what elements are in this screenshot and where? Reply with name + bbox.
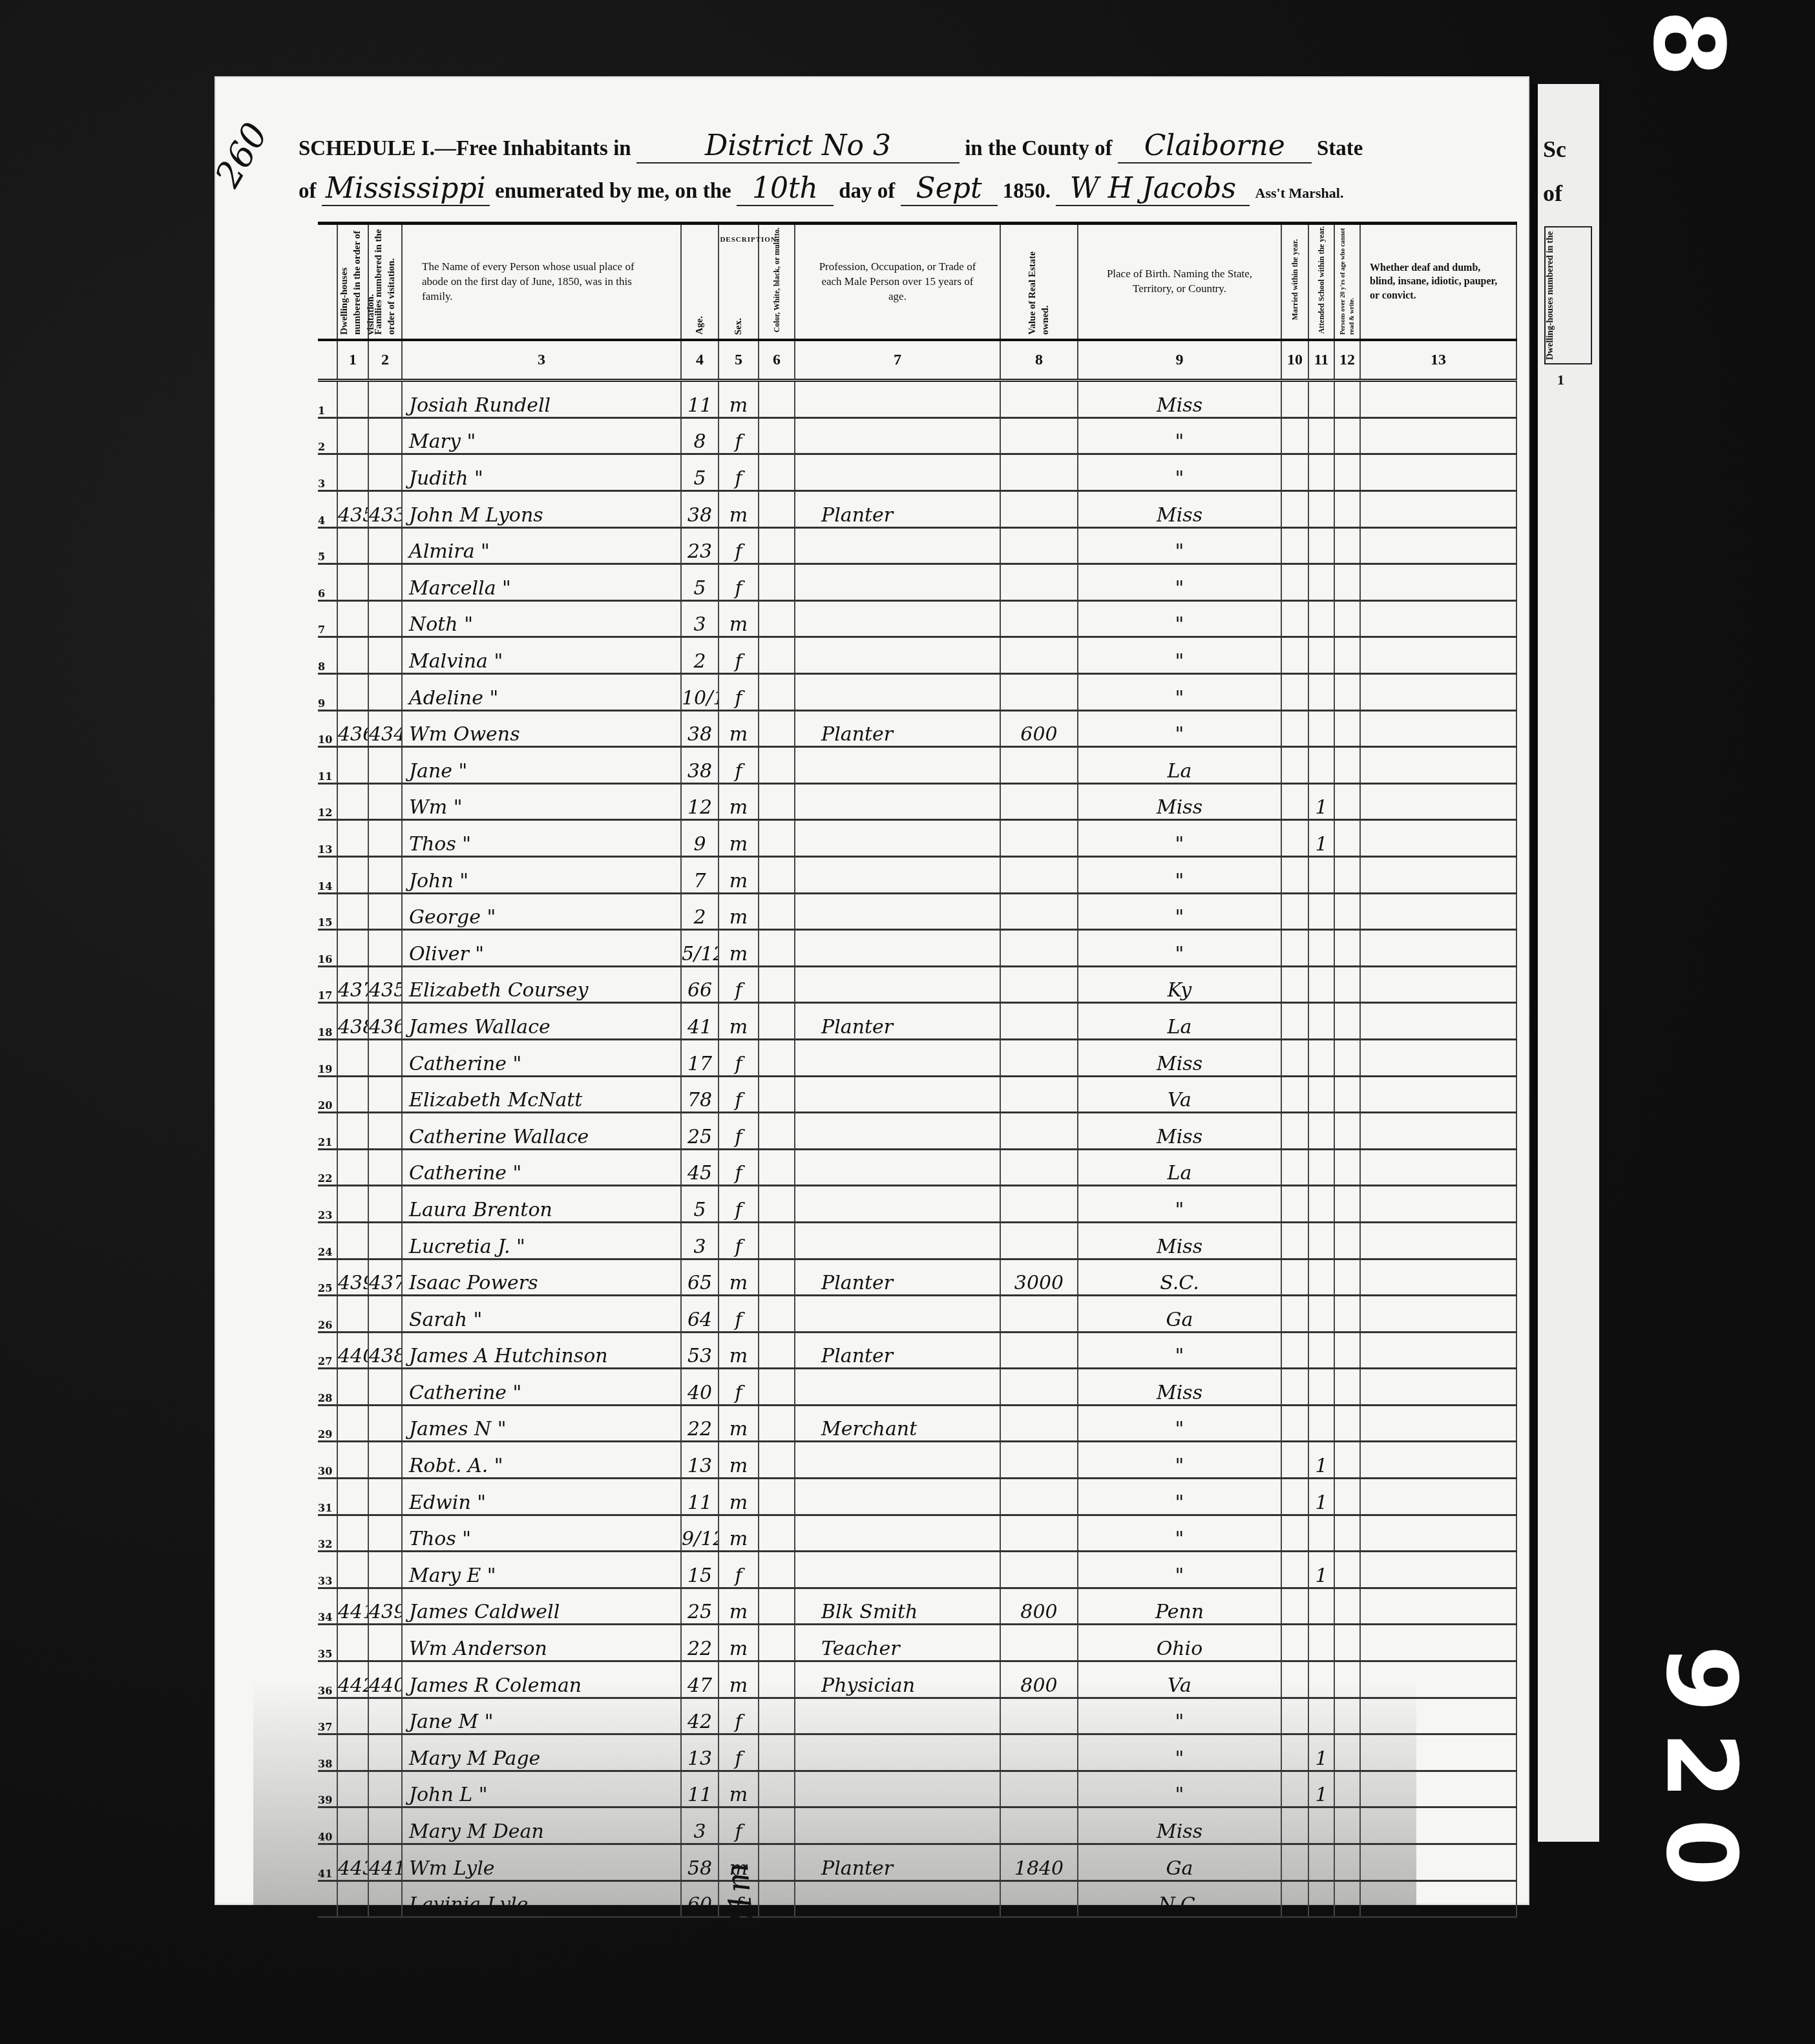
table-row: 26Sarah "64fGa	[318, 1296, 1516, 1333]
color	[759, 893, 795, 930]
real-estate-value	[1000, 1698, 1078, 1734]
married-within-year	[1281, 1844, 1308, 1881]
col-num: 6	[759, 340, 795, 381]
line-number: 7	[318, 600, 337, 637]
color	[759, 1076, 795, 1113]
table-row: 14John "7m"	[318, 856, 1516, 893]
attended-school	[1308, 1844, 1334, 1881]
person-name: Elizabeth McNatt	[402, 1076, 681, 1113]
age: 78	[681, 1076, 719, 1113]
attended-school	[1308, 600, 1334, 637]
birthplace: La	[1078, 1149, 1281, 1186]
occupation: Planter	[795, 1259, 1000, 1296]
birthplace: Ohio	[1078, 1625, 1281, 1661]
col-header-real-estate: Value of Real Estate owned.	[1000, 224, 1078, 341]
cannot-read-write	[1334, 1296, 1360, 1333]
dwelling-number	[337, 1442, 368, 1479]
condition	[1360, 1259, 1516, 1296]
line-number: 26	[318, 1296, 337, 1333]
family-number	[368, 1881, 402, 1917]
married-within-year	[1281, 1149, 1308, 1186]
age: 9/12	[681, 1515, 719, 1552]
color	[759, 1625, 795, 1661]
month-field: Sept	[901, 172, 998, 206]
occupation: Planter	[795, 1332, 1000, 1369]
age: 9	[681, 820, 719, 857]
table-row: 15George "2m"	[318, 893, 1516, 930]
dwelling-number	[337, 893, 368, 930]
birthplace: S.C.	[1078, 1259, 1281, 1296]
real-estate-value	[1000, 1222, 1078, 1259]
condition	[1360, 1515, 1516, 1552]
cannot-read-write	[1334, 1881, 1360, 1917]
line-number: 23	[318, 1186, 337, 1223]
family-number	[368, 1369, 402, 1406]
person-name: John "	[402, 856, 681, 893]
occupation	[795, 1734, 1000, 1771]
real-estate-value	[1000, 1881, 1078, 1917]
married-within-year	[1281, 527, 1308, 564]
table-row: 39John L "11m"1	[318, 1771, 1516, 1807]
age: 66	[681, 966, 719, 1003]
person-name: Mary M Page	[402, 1734, 681, 1771]
sex: f	[719, 527, 759, 564]
attended-school: 1	[1308, 783, 1334, 820]
real-estate-value	[1000, 527, 1078, 564]
dwelling-number: 438	[337, 1003, 368, 1040]
attended-school: 1	[1308, 1734, 1334, 1771]
line-number: 27	[318, 1332, 337, 1369]
birthplace: Va	[1078, 1661, 1281, 1698]
dwelling-number	[337, 1113, 368, 1150]
color	[759, 1844, 795, 1881]
condition	[1360, 564, 1516, 601]
birthplace: "	[1078, 1186, 1281, 1223]
cannot-read-write	[1334, 381, 1360, 418]
age: 10/12	[681, 674, 719, 711]
census-page: 260 SCHEDULE I.—Free Inhabitants in Dist…	[215, 76, 1529, 1905]
attended-school	[1308, 1003, 1334, 1040]
family-number	[368, 527, 402, 564]
birthplace: "	[1078, 1552, 1281, 1588]
line-number: 41	[318, 1844, 337, 1881]
cannot-read-write	[1334, 1369, 1360, 1406]
cannot-read-write	[1334, 783, 1360, 820]
sex: m	[719, 930, 759, 967]
family-number	[368, 893, 402, 930]
person-name: John L "	[402, 1771, 681, 1807]
sex: m	[719, 1259, 759, 1296]
occupation	[795, 527, 1000, 564]
married-within-year	[1281, 1222, 1308, 1259]
married-within-year	[1281, 930, 1308, 967]
col-header-birthplace: Place of Birth. Naming the State, Territ…	[1078, 224, 1281, 341]
age: 25	[681, 1113, 719, 1150]
person-name: James Wallace	[402, 1003, 681, 1040]
family-number	[368, 564, 402, 601]
adjacent-of-fragment: of	[1543, 180, 1562, 207]
real-estate-value	[1000, 1296, 1078, 1333]
person-name: Marcella "	[402, 564, 681, 601]
occupation	[795, 1698, 1000, 1734]
line-number: 24	[318, 1222, 337, 1259]
color	[759, 1881, 795, 1917]
sex: m	[719, 1332, 759, 1369]
table-row: 11Jane "38fLa	[318, 747, 1516, 784]
sex: m	[719, 1588, 759, 1625]
col-header-married: Married within the year.	[1281, 224, 1308, 341]
occupation	[795, 783, 1000, 820]
cannot-read-write	[1334, 747, 1360, 784]
condition	[1360, 1698, 1516, 1734]
dwelling-number: 437	[337, 966, 368, 1003]
age: 11	[681, 1771, 719, 1807]
table-row: 28Catherine "40fMiss	[318, 1369, 1516, 1406]
sex: f	[719, 1552, 759, 1588]
line-number: 36	[318, 1661, 337, 1698]
occupation: Merchant	[795, 1405, 1000, 1442]
marshal-field: W H Jacobs	[1056, 172, 1250, 206]
table-row: 5Almira "23f"	[318, 527, 1516, 564]
line-number: 12	[318, 783, 337, 820]
person-name: Catherine Wallace	[402, 1113, 681, 1150]
attended-school	[1308, 1149, 1334, 1186]
color	[759, 381, 795, 418]
line-number: 11	[318, 747, 337, 784]
family-number	[368, 1039, 402, 1076]
age: 13	[681, 1734, 719, 1771]
attended-school	[1308, 1661, 1334, 1698]
real-estate-value	[1000, 1479, 1078, 1515]
line-number: 39	[318, 1771, 337, 1807]
table-row: 31Edwin "11m"1	[318, 1479, 1516, 1515]
line-number: 29	[318, 1405, 337, 1442]
line-number: 17	[318, 966, 337, 1003]
occupation: Planter	[795, 1003, 1000, 1040]
married-within-year	[1281, 1296, 1308, 1333]
person-name: Wm Anderson	[402, 1625, 681, 1661]
age: 3	[681, 1807, 719, 1844]
dwelling-number	[337, 1186, 368, 1223]
condition	[1360, 637, 1516, 674]
cannot-read-write	[1334, 1222, 1360, 1259]
dwelling-number	[337, 1698, 368, 1734]
color	[759, 930, 795, 967]
column-header-row: Dwelling-houses numbered in the order of…	[318, 224, 1516, 341]
birthplace: Miss	[1078, 1369, 1281, 1406]
birthplace: Miss	[1078, 1807, 1281, 1844]
color	[759, 637, 795, 674]
color	[759, 1113, 795, 1150]
birthplace: "	[1078, 637, 1281, 674]
family-number: 438	[368, 1332, 402, 1369]
person-name: Judith "	[402, 454, 681, 491]
real-estate-value	[1000, 1442, 1078, 1479]
family-number	[368, 1552, 402, 1588]
col-num: 2	[368, 340, 402, 381]
person-name: Wm Lyle	[402, 1844, 681, 1881]
table-row: 23Laura Brenton5f"	[318, 1186, 1516, 1223]
color	[759, 966, 795, 1003]
enumerated-label: enumerated by me, on the	[495, 180, 731, 203]
color	[759, 710, 795, 747]
real-estate-value	[1000, 600, 1078, 637]
occupation	[795, 454, 1000, 491]
attended-school	[1308, 1076, 1334, 1113]
column-number-row: 1 2 3 4 5 6 7 8 9 10 11 12 13	[318, 340, 1516, 381]
color	[759, 783, 795, 820]
condition	[1360, 1003, 1516, 1040]
birthplace: "	[1078, 893, 1281, 930]
adjacent-column-header: Dwelling-houses numbered in the	[1544, 226, 1592, 364]
table-row: 25439437Isaac Powers65mPlanter3000S.C.	[318, 1259, 1516, 1296]
condition	[1360, 930, 1516, 967]
col-num: 9	[1078, 340, 1281, 381]
birthplace: "	[1078, 1515, 1281, 1552]
occupation	[795, 1771, 1000, 1807]
person-name: Mary E "	[402, 1552, 681, 1588]
family-number	[368, 1625, 402, 1661]
age: 5/12	[681, 930, 719, 967]
cannot-read-write	[1334, 454, 1360, 491]
sex: f	[719, 1734, 759, 1771]
person-name: Wm "	[402, 783, 681, 820]
occupation	[795, 930, 1000, 967]
condition	[1360, 1807, 1516, 1844]
married-within-year	[1281, 1588, 1308, 1625]
age: 5	[681, 1186, 719, 1223]
age: 13	[681, 1442, 719, 1479]
table-row: 20Elizabeth McNatt78fVa	[318, 1076, 1516, 1113]
family-number	[368, 381, 402, 418]
dwelling-number	[337, 1405, 368, 1442]
sex: f	[719, 966, 759, 1003]
occupation	[795, 1369, 1000, 1406]
table-row: 33Mary E "15f"1	[318, 1552, 1516, 1588]
occupation	[795, 820, 1000, 857]
col-num: 11	[1308, 340, 1334, 381]
condition	[1360, 856, 1516, 893]
dwelling-number: 435	[337, 491, 368, 528]
of-label: of	[299, 180, 317, 203]
birthplace: Miss	[1078, 491, 1281, 528]
color	[759, 1552, 795, 1588]
sex: f	[719, 1039, 759, 1076]
attended-school	[1308, 710, 1334, 747]
table-row: 24Lucretia J. "3fMiss	[318, 1222, 1516, 1259]
married-within-year	[1281, 1076, 1308, 1113]
family-number	[368, 1442, 402, 1479]
person-name: Catherine "	[402, 1369, 681, 1406]
line-number: 28	[318, 1369, 337, 1406]
sex: f	[719, 564, 759, 601]
age: 64	[681, 1296, 719, 1333]
occupation	[795, 1076, 1000, 1113]
married-within-year	[1281, 1479, 1308, 1515]
line-number: 8	[318, 637, 337, 674]
table-row: 2Mary "8f"	[318, 417, 1516, 454]
person-name: Edwin "	[402, 1479, 681, 1515]
family-number	[368, 1698, 402, 1734]
table-row: 38Mary M Page13f"1	[318, 1734, 1516, 1771]
birthplace: "	[1078, 1479, 1281, 1515]
line-number: 42	[318, 1881, 337, 1917]
age: 5	[681, 454, 719, 491]
page-number: 260	[207, 116, 275, 194]
attended-school	[1308, 417, 1334, 454]
birthplace: Miss	[1078, 1039, 1281, 1076]
real-estate-value	[1000, 856, 1078, 893]
line-number: 15	[318, 893, 337, 930]
table-row: 18438436James Wallace41mPlanterLa	[318, 1003, 1516, 1040]
color	[759, 1479, 795, 1515]
condition	[1360, 1442, 1516, 1479]
birthplace: "	[1078, 710, 1281, 747]
occupation: Planter	[795, 710, 1000, 747]
person-name: Oliver "	[402, 930, 681, 967]
age: 2	[681, 893, 719, 930]
sex: m	[719, 710, 759, 747]
person-name: Mary "	[402, 417, 681, 454]
family-number: 433	[368, 491, 402, 528]
married-within-year	[1281, 600, 1308, 637]
birthplace: Penn	[1078, 1588, 1281, 1625]
condition	[1360, 417, 1516, 454]
cannot-read-write	[1334, 1039, 1360, 1076]
birthplace: "	[1078, 856, 1281, 893]
family-number: 436	[368, 1003, 402, 1040]
schedule-title: SCHEDULE I.—Free Inhabitants in	[299, 137, 631, 160]
condition	[1360, 527, 1516, 564]
attended-school	[1308, 454, 1334, 491]
birthplace: Va	[1078, 1076, 1281, 1113]
condition	[1360, 1076, 1516, 1113]
dwelling-number	[337, 1552, 368, 1588]
real-estate-value	[1000, 820, 1078, 857]
table-row: 8Malvina "2f"	[318, 637, 1516, 674]
dwelling-number	[337, 637, 368, 674]
family-number	[368, 674, 402, 711]
real-estate-value	[1000, 1552, 1078, 1588]
color	[759, 1588, 795, 1625]
family-number	[368, 454, 402, 491]
family-number	[368, 783, 402, 820]
real-estate-value	[1000, 564, 1078, 601]
real-estate-value: 800	[1000, 1588, 1078, 1625]
dwelling-number	[337, 600, 368, 637]
col-header-age: DESCRIPTION. Age.	[681, 224, 719, 341]
occupation	[795, 1479, 1000, 1515]
real-estate-value	[1000, 1332, 1078, 1369]
sex: m	[719, 893, 759, 930]
dwelling-number: 436	[337, 710, 368, 747]
county-label: in the County of	[965, 137, 1112, 160]
color	[759, 1259, 795, 1296]
family-number: 437	[368, 1259, 402, 1296]
dwelling-number	[337, 783, 368, 820]
married-within-year	[1281, 1186, 1308, 1223]
family-number	[368, 1222, 402, 1259]
attended-school: 1	[1308, 820, 1334, 857]
real-estate-value	[1000, 1186, 1078, 1223]
age: 65	[681, 1259, 719, 1296]
cannot-read-write	[1334, 893, 1360, 930]
person-name: Malvina "	[402, 637, 681, 674]
col-num: 10	[1281, 340, 1308, 381]
occupation	[795, 1807, 1000, 1844]
real-estate-value	[1000, 674, 1078, 711]
dwelling-number	[337, 1479, 368, 1515]
married-within-year	[1281, 381, 1308, 418]
color	[759, 417, 795, 454]
family-number: 439	[368, 1588, 402, 1625]
sex: f	[719, 1807, 759, 1844]
condition	[1360, 600, 1516, 637]
person-name: Catherine "	[402, 1039, 681, 1076]
pencil-note: 21m	[719, 1861, 761, 1933]
attended-school	[1308, 1113, 1334, 1150]
age: 60	[681, 1881, 719, 1917]
occupation	[795, 1186, 1000, 1223]
age: 11	[681, 381, 719, 418]
color	[759, 856, 795, 893]
person-name: Laura Brenton	[402, 1186, 681, 1223]
color	[759, 1771, 795, 1807]
occupation	[795, 966, 1000, 1003]
cannot-read-write	[1334, 1734, 1360, 1771]
dwelling-number	[337, 1807, 368, 1844]
attended-school	[1308, 491, 1334, 528]
attended-school	[1308, 1296, 1334, 1333]
married-within-year	[1281, 893, 1308, 930]
family-number	[368, 1296, 402, 1333]
cannot-read-write	[1334, 1515, 1360, 1552]
line-number: 6	[318, 564, 337, 601]
birthplace: Ky	[1078, 966, 1281, 1003]
table-row: 30Robt. A. "13m"1	[318, 1442, 1516, 1479]
table-row: 19Catherine "17fMiss	[318, 1039, 1516, 1076]
occupation: Blk Smith	[795, 1588, 1000, 1625]
birthplace: "	[1078, 820, 1281, 857]
condition	[1360, 1186, 1516, 1223]
married-within-year	[1281, 1734, 1308, 1771]
condition	[1360, 783, 1516, 820]
married-within-year	[1281, 1369, 1308, 1406]
color	[759, 1442, 795, 1479]
occupation	[795, 1149, 1000, 1186]
age: 7	[681, 856, 719, 893]
adjacent-column-number: 1	[1557, 372, 1564, 388]
family-number	[368, 1807, 402, 1844]
line-number: 16	[318, 930, 337, 967]
cannot-read-write	[1334, 1661, 1360, 1698]
real-estate-value	[1000, 783, 1078, 820]
dwelling-number	[337, 747, 368, 784]
occupation	[795, 674, 1000, 711]
occupation	[795, 1222, 1000, 1259]
real-estate-value	[1000, 1515, 1078, 1552]
col-header-condition: Whether deaf and dumb, blind, insane, id…	[1360, 224, 1516, 341]
real-estate-value	[1000, 454, 1078, 491]
condition	[1360, 1369, 1516, 1406]
line-number: 37	[318, 1698, 337, 1734]
table-row: 17437435Elizabeth Coursey66fKy	[318, 966, 1516, 1003]
table-row: 22Catherine "45fLa	[318, 1149, 1516, 1186]
color	[759, 1222, 795, 1259]
year: 1850.	[1003, 180, 1051, 203]
real-estate-value	[1000, 1734, 1078, 1771]
line-number: 25	[318, 1259, 337, 1296]
